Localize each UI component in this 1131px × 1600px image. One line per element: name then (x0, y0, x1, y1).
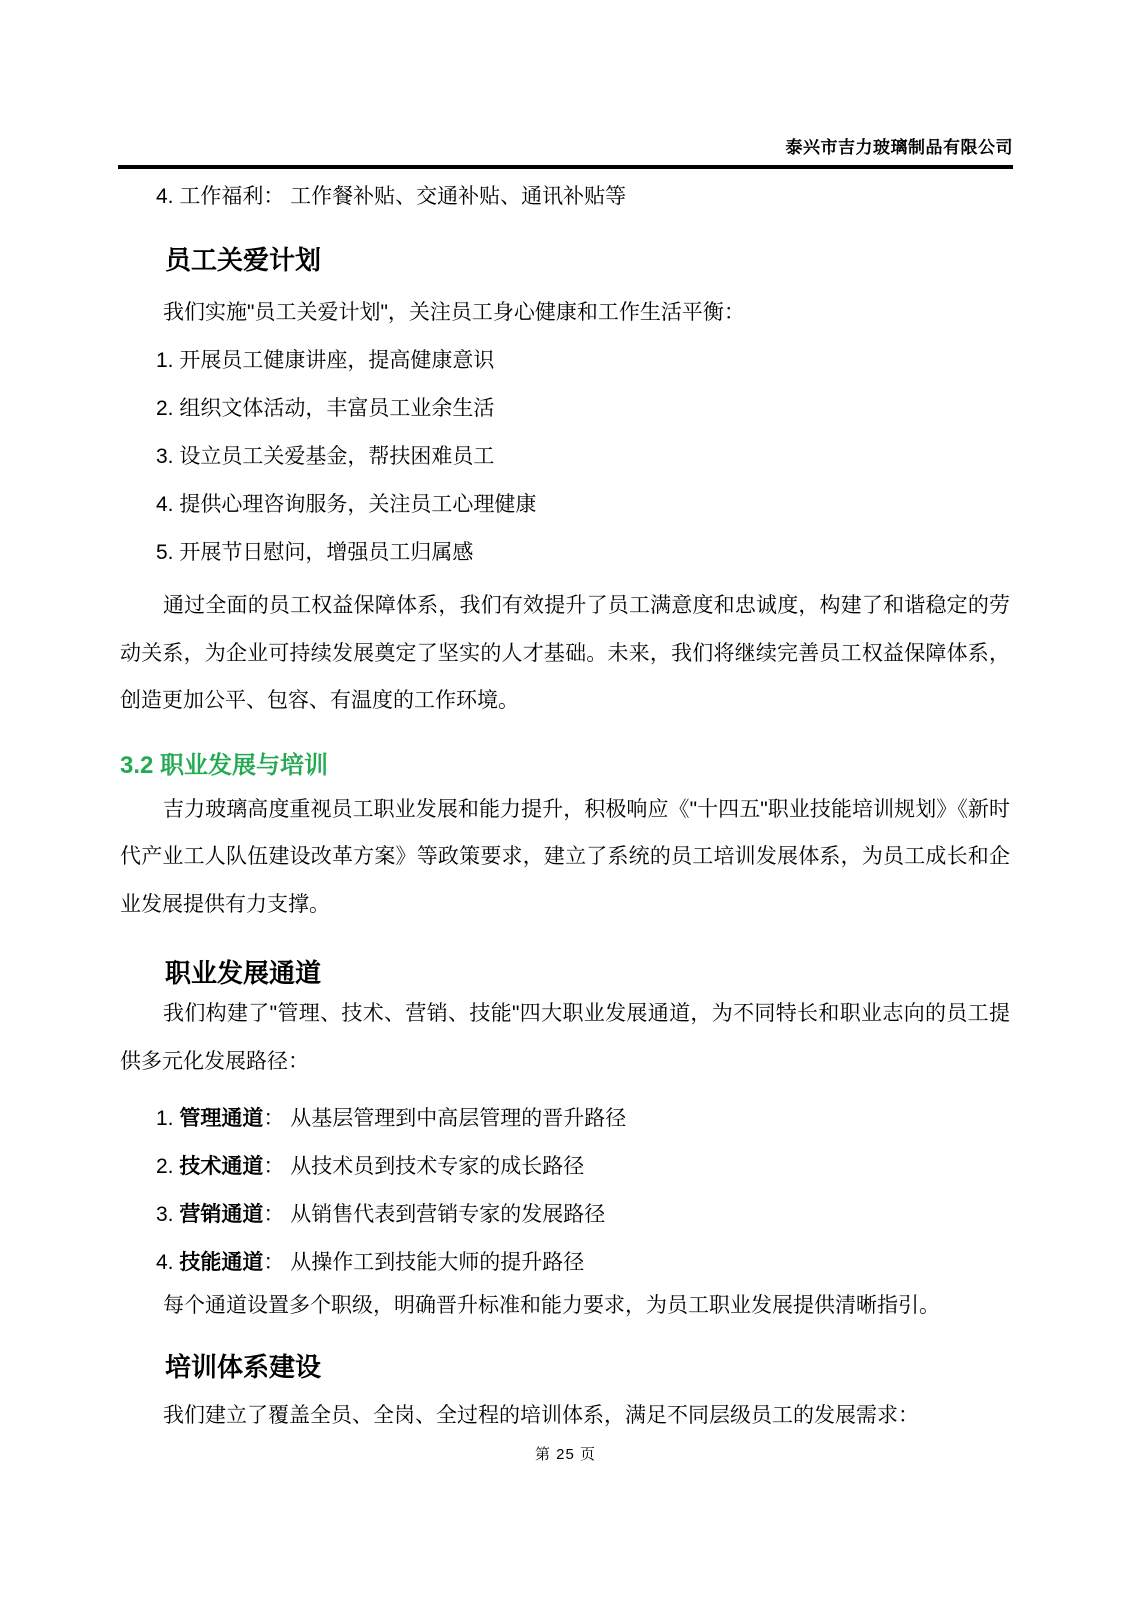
list-item: 5. 开展节日慰问，增强员工归属感 (156, 538, 1010, 567)
list-item: 1. 管理通道： 从基层管理到中高层管理的晋升路径 (156, 1104, 1010, 1133)
item-number: 1. (156, 1107, 174, 1130)
heading-training-system: 培训体系建设 (165, 1350, 1010, 1384)
welfare-list-item-4: 4. 工作福利： 工作餐补贴、交通补贴、通讯补贴等 (156, 182, 1010, 211)
list-item: 3. 营销通道： 从销售代表到营销专家的发展路径 (156, 1200, 1010, 1229)
item-number: 4. (156, 1251, 174, 1274)
item-desc: ： 从销售代表到营销专家的发展路径 (263, 1203, 605, 1226)
heading-career-channels: 职业发展通道 (165, 956, 1010, 990)
career-channels-note: 每个通道设置多个职级，明确晋升标准和能力要求，为员工职业发展提供清晰指引。 (120, 1291, 1010, 1320)
item-number: 2. (156, 1155, 174, 1178)
item-term: 技术通道 (179, 1155, 263, 1178)
page-content: 4. 工作福利： 工作餐补贴、交通补贴、通讯补贴等 员工关爱计划 我们实施"员工… (120, 165, 1010, 1430)
training-system-intro: 我们建立了覆盖全员、全岗、全过程的培训体系，满足不同层级员工的发展需求： (120, 1401, 1010, 1430)
item-desc: ： 从操作工到技能大师的提升路径 (263, 1251, 584, 1274)
item-term: 技能通道 (179, 1251, 263, 1274)
page-number: 第 25 页 (535, 1446, 596, 1463)
item-term: 管理通道 (179, 1107, 263, 1130)
care-plan-intro: 我们实施"员工关爱计划"，关注员工身心健康和工作生活平衡： (120, 298, 1010, 327)
item-desc: ： 从技术员到技术专家的成长路径 (263, 1155, 584, 1178)
section-3-2-intro: 吉力玻璃高度重视员工职业发展和能力提升，积极响应《"十四五"职业技能培训规划》《… (120, 786, 1010, 929)
career-channels-intro: 我们构建了"管理、技术、营销、技能"四大职业发展通道，为不同特长和职业志向的员工… (120, 990, 1010, 1085)
item-term: 营销通道 (179, 1203, 263, 1226)
page-header: 泰兴市吉力玻璃制品有限公司 (118, 133, 1013, 169)
list-item: 2. 组织文体活动，丰富员工业余生活 (156, 394, 1010, 423)
page-footer: 第 25 页 (0, 1443, 1131, 1464)
heading-care-plan: 员工关爱计划 (165, 243, 1010, 277)
list-item: 3. 设立员工关爱基金，帮扶困难员工 (156, 442, 1010, 471)
care-plan-list: 1. 开展员工健康讲座，提高健康意识 2. 组织文体活动，丰富员工业余生活 3.… (120, 346, 1010, 567)
care-plan-summary: 通过全面的员工权益保障体系，我们有效提升了员工满意度和忠诚度，构建了和谐稳定的劳… (120, 582, 1010, 725)
heading-section-3-2: 3.2 职业发展与培训 (120, 750, 1010, 782)
item-number: 3. (156, 1203, 174, 1226)
document-page: 泰兴市吉力玻璃制品有限公司 4. 工作福利： 工作餐补贴、交通补贴、通讯补贴等 … (0, 0, 1131, 1600)
company-name: 泰兴市吉力玻璃制品有限公司 (786, 138, 1014, 157)
list-item: 1. 开展员工健康讲座，提高健康意识 (156, 346, 1010, 375)
list-item: 4. 技能通道： 从操作工到技能大师的提升路径 (156, 1248, 1010, 1277)
career-channels-list: 1. 管理通道： 从基层管理到中高层管理的晋升路径 2. 技术通道： 从技术员到… (120, 1104, 1010, 1277)
item-desc: ： 从基层管理到中高层管理的晋升路径 (263, 1107, 626, 1130)
list-item: 4. 提供心理咨询服务，关注员工心理健康 (156, 490, 1010, 519)
list-item: 2. 技术通道： 从技术员到技术专家的成长路径 (156, 1152, 1010, 1181)
